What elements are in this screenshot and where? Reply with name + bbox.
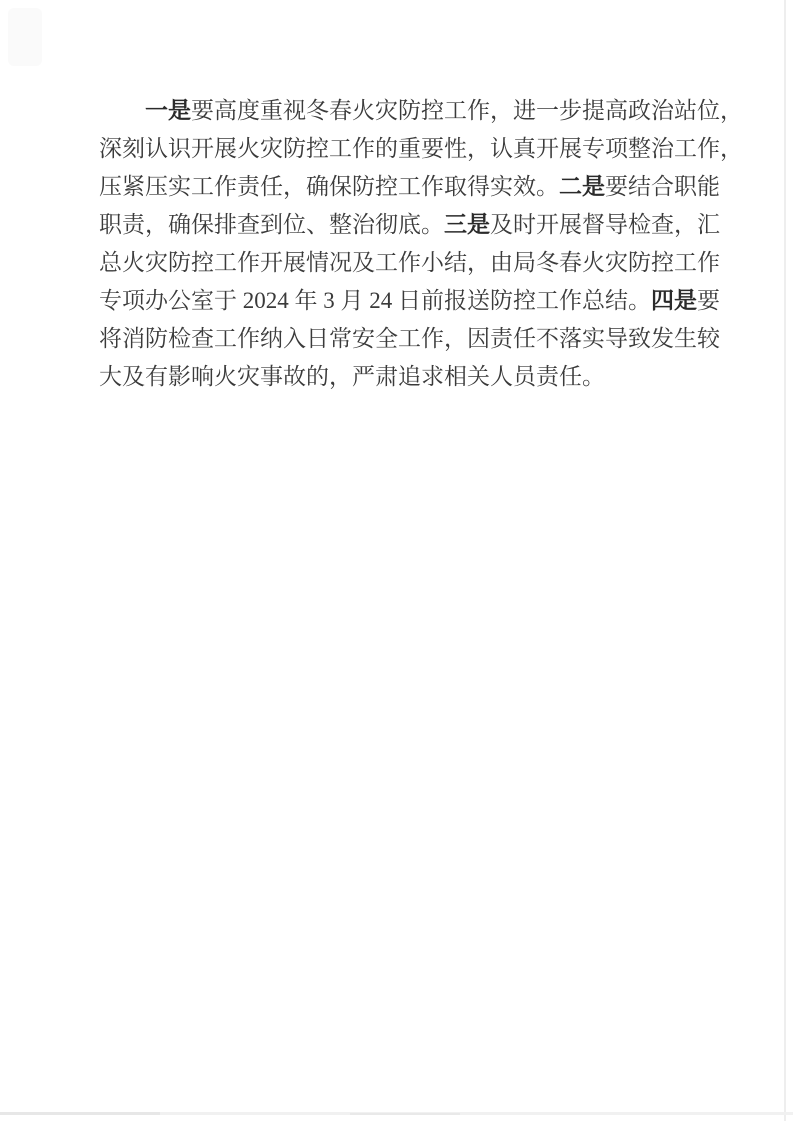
page-bottom-edge-shadow xyxy=(0,1112,160,1115)
paragraph-line-last: 大及有影响火灾事故的，严肃追求相关人员责任。 xyxy=(99,358,679,396)
line-text: 大及有影响火灾事故的，严肃追求相关人员责任。 xyxy=(99,364,605,389)
paragraph-line: 深刻认识开展火灾防控工作的重要性，认真开展专项整治工作， xyxy=(99,130,679,168)
line-text: 要 xyxy=(697,288,720,313)
page-right-edge-line xyxy=(784,0,786,1121)
emphasis-point-4: 四是 xyxy=(651,288,697,313)
document-page: 一是要高度重视冬春火灾防控工作，进一步提高政治站位， 深刻认识开展火灾防控工作的… xyxy=(0,0,793,1121)
paragraph-line: 将消防检查工作纳入日常安全工作，因责任不落实导致发生较 xyxy=(99,320,679,358)
scan-smudge-artifact xyxy=(8,8,42,66)
page-bottom-edge-shadow xyxy=(350,1113,460,1115)
paragraph-line: 一是要高度重视冬春火灾防控工作，进一步提高政治站位， xyxy=(99,92,679,130)
paragraph-line: 职责，确保排查到位、整治彻底。三是及时开展督导检查，汇 xyxy=(99,206,679,244)
line-text: 职责，确保排查到位、整治彻底。 xyxy=(99,212,444,237)
line-text: 要结合职能 xyxy=(605,174,720,199)
paragraph-line: 压紧压实工作责任，确保防控工作取得实效。二是要结合职能 xyxy=(99,168,679,206)
line-text: 要高度重视冬春火灾防控工作，进一步提高政治站位， xyxy=(191,98,743,123)
paragraph-line: 总火灾防控工作开展情况及工作小结，由局冬春火灾防控工作 xyxy=(99,244,679,282)
line-text: 压紧压实工作责任，确保防控工作取得实效。 xyxy=(99,174,559,199)
emphasis-point-2: 二是 xyxy=(559,174,605,199)
line-text: 及时开展督导检查，汇 xyxy=(490,212,720,237)
line-text: 专项办公室于 2024 年 3 月 24 日前报送防控工作总结。 xyxy=(99,288,651,313)
line-text: 深刻认识开展火灾防控工作的重要性，认真开展专项整治工作， xyxy=(99,136,743,161)
emphasis-point-3: 三是 xyxy=(444,212,490,237)
line-text: 总火灾防控工作开展情况及工作小结，由局冬春火灾防控工作 xyxy=(99,250,720,275)
line-text: 将消防检查工作纳入日常安全工作，因责任不落实导致发生较 xyxy=(99,326,720,351)
emphasis-point-1: 一是 xyxy=(145,98,191,123)
body-paragraph: 一是要高度重视冬春火灾防控工作，进一步提高政治站位， 深刻认识开展火灾防控工作的… xyxy=(99,92,679,396)
paragraph-line: 专项办公室于 2024 年 3 月 24 日前报送防控工作总结。四是要 xyxy=(99,282,679,320)
